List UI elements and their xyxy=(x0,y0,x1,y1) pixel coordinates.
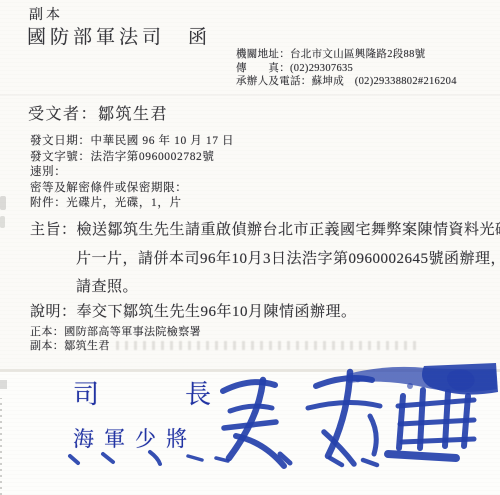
director-signature-stamp xyxy=(58,356,500,494)
copy-label: 副本 xyxy=(29,4,63,24)
redacted-address-smudge xyxy=(116,341,416,350)
agency-contact: 承辦人及電話：蘇坤成 (02)29338802#216204 xyxy=(236,75,457,89)
security-class-line: 密等及解密條件或保密期限： xyxy=(30,181,234,197)
original-recipient-line: 正本：國防部高等軍事法院檢察署 xyxy=(30,326,416,340)
scan-edge-mark xyxy=(0,380,7,389)
agency-fax: 傳 真：(02)29307635 xyxy=(236,62,457,76)
issue-number-line: 發文字號：法浩字第0960002782號 xyxy=(30,150,234,166)
scan-edge-mark xyxy=(0,196,6,210)
document-title: 國防部軍法司 函 xyxy=(27,22,211,49)
recipient-line: 受文者：鄒筑生君 xyxy=(28,101,168,124)
subject-label: 主旨： xyxy=(30,222,77,238)
explanation-paragraph: 說明：奉交下鄒筑生先生96年10月陳情函辦理。 xyxy=(30,298,500,327)
scan-edge-perforation xyxy=(0,398,2,495)
speed-class-line: 速別： xyxy=(30,165,234,181)
meta-block: 發文日期：中華民國 96 年 10 月 17 日 發文字號：法浩字第096000… xyxy=(30,134,234,212)
scanned-official-letter: 副本 國防部軍法司 函 機關地址：台北市文山區興隆路2段88號 傳 真：(02)… xyxy=(0,0,500,495)
explanation-text: 奉交下鄒筑生先生96年10月陳情函辦理。 xyxy=(77,304,357,320)
attachment-line: 附件：光碟片，光碟，1，片 xyxy=(30,196,234,212)
distribution-block: 正本：國防部高等軍事法院檢察署 副本：鄒筑生君 xyxy=(30,326,416,353)
scan-streak xyxy=(0,94,500,96)
copy-recipient-line: 副本：鄒筑生君 xyxy=(30,340,416,354)
explanation-label: 說明： xyxy=(30,304,77,320)
subject-paragraph: 主旨：檢送鄒筑生先生請重啟偵辦台北市正義國宅舞弊案陳情資料光碟片一片，請併本司9… xyxy=(30,216,500,302)
agency-info-block: 機關地址：台北市文山區興隆路2段88號 傳 真：(02)29307635 承辦人… xyxy=(236,48,457,89)
scan-edge-mark xyxy=(0,216,5,228)
issue-date-line: 發文日期：中華民國 96 年 10 月 17 日 xyxy=(30,134,234,150)
agency-address: 機關地址：台北市文山區興隆路2段88號 xyxy=(236,48,457,62)
subject-text: 檢送鄒筑生先生請重啟偵辦台北市正義國宅舞弊案陳情資料光碟片一片，請併本司96年1… xyxy=(76,222,500,295)
